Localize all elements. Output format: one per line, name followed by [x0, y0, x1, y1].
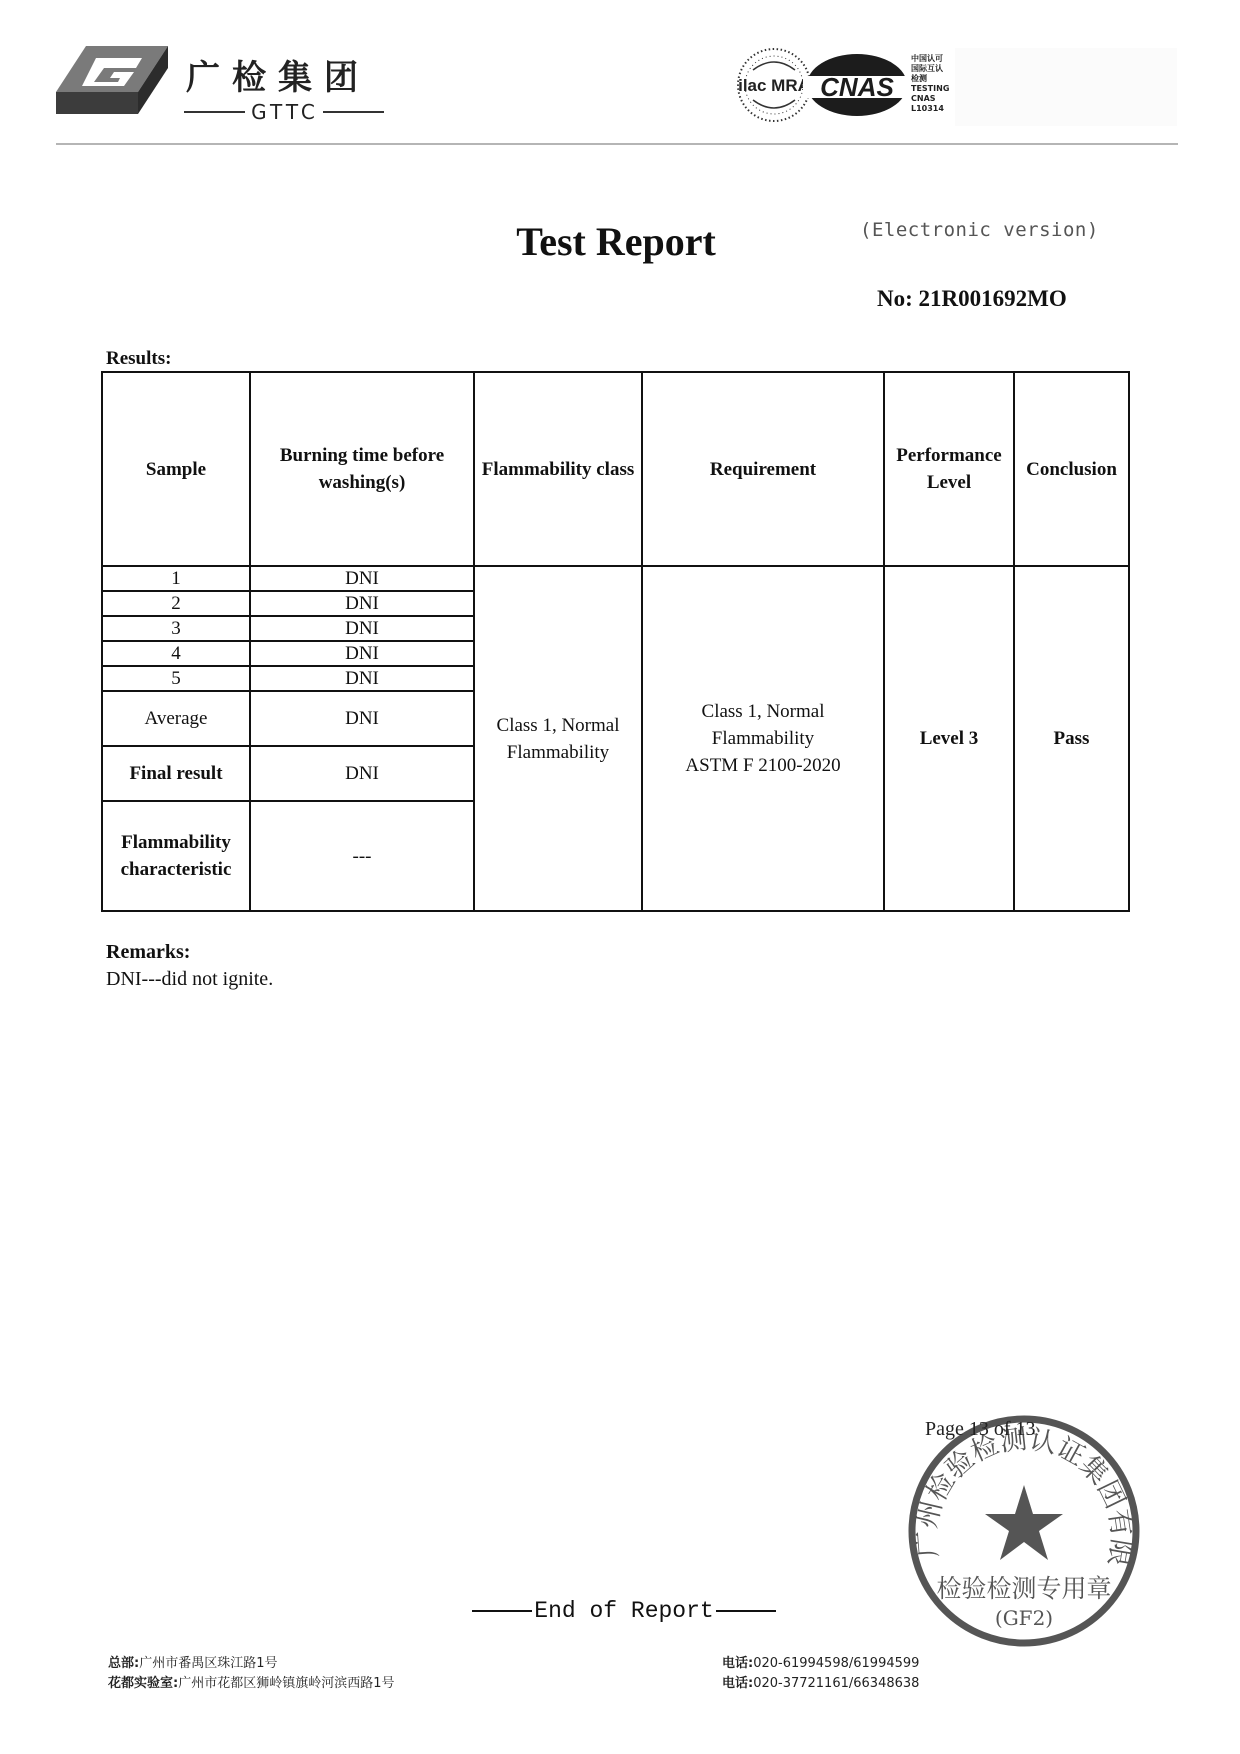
ilac-mra-icon: ilac MRA: [735, 46, 813, 124]
table-row: 1 DNI Class 1, Normal Flammability Class…: [102, 566, 1129, 591]
gttc-logo-mark-icon: [56, 46, 168, 116]
logo-chinese-name: 广检集团: [186, 50, 370, 99]
cnas-icon: CNAS: [803, 52, 911, 118]
results-table: Sample Burning time before washing(s) Fl…: [101, 371, 1130, 912]
cnas-accreditation-text: 中国认可 国际互认 检测 TESTING CNAS L10314: [911, 54, 955, 114]
column-header-sample: Sample: [102, 372, 250, 566]
logo-english-name: GTTC: [184, 100, 384, 124]
page-number: Page 13 of 13: [925, 1418, 1036, 1441]
requirement-cell: Class 1, Normal Flammability ASTM F 2100…: [642, 566, 884, 911]
sample-cell: 2: [102, 591, 250, 616]
burning-time-cell: DNI: [250, 746, 474, 801]
column-header-burning-time: Burning time before washing(s): [250, 372, 474, 566]
sample-cell: 3: [102, 616, 250, 641]
burning-time-cell: DNI: [250, 641, 474, 666]
header-blank-area: [955, 48, 1177, 126]
burning-time-cell: DNI: [250, 666, 474, 691]
burning-time-cell: DNI: [250, 591, 474, 616]
sample-cell: Average: [102, 691, 250, 746]
burning-time-cell: DNI: [250, 566, 474, 591]
footer-phones: 电话:020-61994598/61994599 电话:020-37721161…: [722, 1654, 919, 1694]
footer-addresses: 总部:广州市番禺区珠江路1号 花都实验室:广州市花都区狮岭镇旗岭河滨西路1号: [108, 1654, 394, 1694]
remarks-text: DNI---did not ignite.: [106, 968, 273, 991]
accreditation-marks: ilac MRA CNAS 中国认可 国际互认 检测 TESTING CNAS …: [735, 44, 955, 126]
footer-hq-address: 总部:广州市番禺区珠江路1号: [108, 1654, 394, 1674]
svg-text:(GF2): (GF2): [995, 1606, 1053, 1630]
sample-cell: 4: [102, 641, 250, 666]
results-label: Results:: [106, 348, 171, 370]
burning-time-cell: DNI: [250, 616, 474, 641]
column-header-flammability-class: Flammability class: [474, 372, 642, 566]
footer-lab-address: 花都实验室:广州市花都区狮岭镇旗岭河滨西路1号: [108, 1674, 394, 1694]
electronic-version-note: (Electronic version): [860, 219, 1099, 241]
report-number: No: 21R001692MO: [877, 286, 1067, 312]
gttc-logo: 广检集团 GTTC: [56, 44, 376, 130]
sample-cell: Flammability characteristic: [102, 801, 250, 911]
column-header-requirement: Requirement: [642, 372, 884, 566]
conclusion-cell: Pass: [1014, 566, 1129, 911]
burning-time-cell: DNI: [250, 691, 474, 746]
svg-text:CNAS: CNAS: [820, 72, 894, 102]
header-divider: [56, 143, 1178, 145]
flammability-class-cell: Class 1, Normal Flammability: [474, 566, 642, 911]
column-header-performance-level: Performance Level: [884, 372, 1014, 566]
end-of-report: End of Report: [472, 1598, 776, 1624]
official-seal-stamp-icon: 广州检验检测认证集团有限公司 检验检测专用章 (GF2): [906, 1413, 1142, 1649]
sample-cell: 5: [102, 666, 250, 691]
table-header-row: Sample Burning time before washing(s) Fl…: [102, 372, 1129, 566]
column-header-conclusion: Conclusion: [1014, 372, 1129, 566]
svg-text:检验检测专用章: 检验检测专用章: [936, 1574, 1111, 1603]
sample-cell: 1: [102, 566, 250, 591]
footer-phone-2: 电话:020-37721161/66348638: [722, 1674, 919, 1694]
remarks-label: Remarks:: [106, 941, 190, 964]
sample-cell: Final result: [102, 746, 250, 801]
performance-level-cell: Level 3: [884, 566, 1014, 911]
footer-phone-1: 电话:020-61994598/61994599: [722, 1654, 919, 1674]
burning-time-cell: ---: [250, 801, 474, 911]
svg-text:ilac MRA: ilac MRA: [738, 76, 810, 95]
